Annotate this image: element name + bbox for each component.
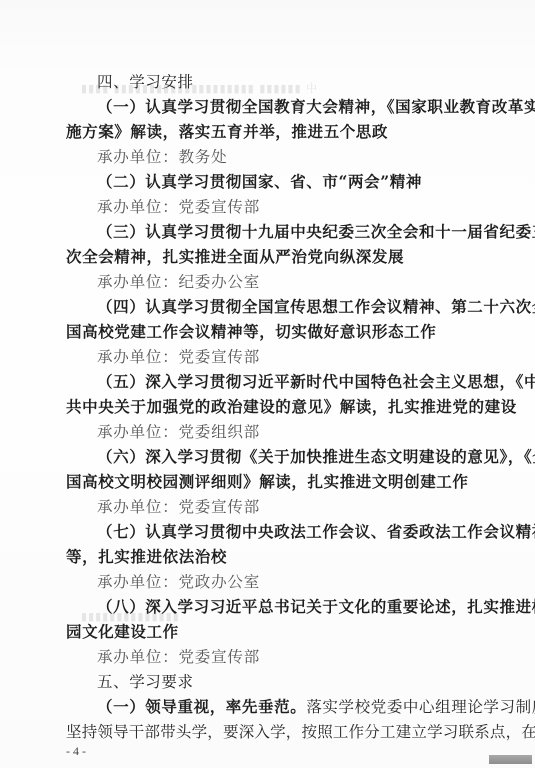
section-4-title: 四、学习安排 — [97, 72, 194, 92]
item-8-line-2: 园文化建设工作 — [66, 622, 179, 642]
document-page: 中 ▮▮▮▮▮▮ ▮▮▮▮▮▮▮▮▮▮▮▮▮▮▮▮▮▮▮▮ ▮▮▮▮ ▮▮▮▮▮… — [0, 0, 535, 768]
item-6-unit: 承办单位：党委宣传部 — [97, 497, 260, 517]
requirement-1-rest: 落实学校党委中心组理论学习制度， — [306, 698, 535, 716]
requirement-1-line-2: 坚持领导干部带头学，要深入学，按照工作分工建立学习联系点，在 — [66, 722, 535, 742]
item-6-line-2: 国高校文明校园测评细则》解读，扎实推进文明创建工作 — [66, 472, 469, 492]
item-1-line-2: 施方案》解读，落实五育并举，推进五个思政 — [66, 122, 388, 142]
page-number: - 4 - — [66, 744, 86, 759]
item-6-line-1: （六）深入学习贯彻《关于加快推进生态文明建设的意见》，《全 — [97, 447, 535, 467]
item-5-unit: 承办单位：党委组织部 — [97, 422, 260, 442]
item-2-line-1: （二）认真学习贯彻国家、省、市“两会”精神 — [97, 172, 422, 192]
item-7-unit: 承办单位：党政办公室 — [97, 572, 260, 592]
section-5-title: 五、学习要求 — [97, 672, 194, 692]
item-4-line-2: 国高校党建工作会议精神等，切实做好意识形态工作 — [66, 322, 436, 342]
item-2-unit: 承办单位：党委宣传部 — [97, 197, 260, 217]
item-7-line-2: 等，扎实推进依法治校 — [66, 547, 227, 567]
requirement-1-lead: （一）领导重视，率先垂范。 — [97, 697, 306, 716]
item-7-line-1: （七）认真学习贯彻中央政法工作会议、省委政法工作会议精神 — [97, 522, 535, 542]
item-5-line-1: （五）深入学习贯彻习近平新时代中国特色社会主义思想，《中 — [97, 372, 535, 392]
item-4-line-1: （四）认真学习贯彻全国宣传思想工作会议精神、第二十六次全 — [97, 297, 535, 317]
item-1-line-1: （一）认真学习贯彻全国教育大会精神，《国家职业教育改革实 — [97, 97, 535, 117]
item-3-unit: 承办单位：纪委办公室 — [97, 272, 260, 292]
item-3-line-2: 次全会精神，扎实推进全面从严治党向纵深发展 — [66, 247, 404, 267]
item-1-unit: 承办单位：教务处 — [97, 147, 227, 167]
item-8-line-1: （八）深入学习习近平总书记关于文化的重要论述，扎实推进校 — [97, 597, 535, 617]
requirement-1-line-1: （一）领导重视，率先垂范。落实学校党委中心组理论学习制度， — [97, 697, 535, 717]
watermark-logo — [489, 755, 532, 764]
item-5-line-2: 共中央关于加强党的政治建设的意见》解读，扎实推进党的建设 — [66, 397, 517, 417]
item-3-line-1: （三）认真学习贯彻十九届中央纪委三次全会和十一届省纪委三 — [97, 222, 535, 242]
item-4-unit: 承办单位：党委宣传部 — [97, 347, 260, 367]
item-8-unit: 承办单位：党委宣传部 — [97, 647, 260, 667]
